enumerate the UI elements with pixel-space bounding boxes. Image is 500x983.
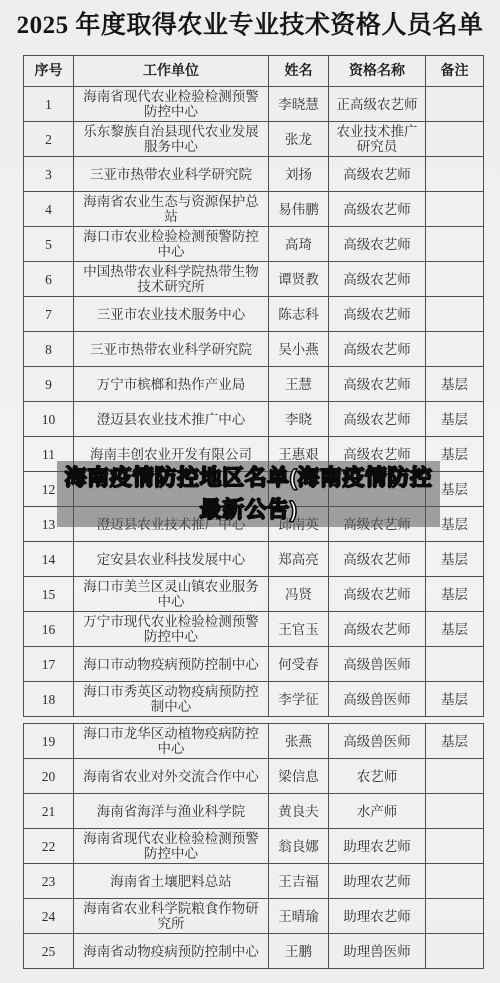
table-row: 10澄迈县农业技术推广中心李晓高级农艺师基层	[24, 402, 484, 437]
column-header: 资格名称	[329, 56, 426, 87]
cell-note	[426, 829, 484, 864]
cell-name: 王慧	[269, 367, 329, 402]
cell-name: 张燕	[269, 724, 329, 759]
table-row: 22海南省现代农业检验检测预警防控中心翁良娜助理农艺师	[24, 829, 484, 864]
table-row: 3三亚市热带农业科学研究院刘扬高级农艺师	[24, 157, 484, 192]
cell-work-unit: 定安县农业科技发展中心	[74, 542, 269, 577]
table-row: 2乐东黎族自治县现代农业发展服务中心张龙农业技术推广研究员	[24, 122, 484, 157]
cell-name: 张龙	[269, 122, 329, 157]
cell-note	[426, 864, 484, 899]
cell-note	[426, 647, 484, 682]
cell-work-unit: 海南省现代农业检验检测预警防控中心	[74, 829, 269, 864]
cell-note	[426, 157, 484, 192]
cell-qualification: 助理农艺师	[329, 864, 426, 899]
cell-index: 8	[24, 332, 74, 367]
cell-index: 18	[24, 682, 74, 717]
cell-index: 7	[24, 297, 74, 332]
cell-work-unit: 乐东黎族自治县现代农业发展服务中心	[74, 122, 269, 157]
cell-index: 9	[24, 367, 74, 402]
table-row: 17海口市动物疫病预防控制中心何受春高级兽医师	[24, 647, 484, 682]
cell-note	[426, 122, 484, 157]
cell-index: 15	[24, 577, 74, 612]
cell-qualification: 高级农艺师	[329, 192, 426, 227]
table-row: 19海口市龙华区动植物疫病防控中心张燕高级兽医师基层	[24, 724, 484, 759]
cell-note: 基层	[426, 577, 484, 612]
page-title: 2025 年度取得农业专业技术资格人员名单	[0, 5, 500, 41]
cell-qualification: 高级农艺师	[329, 577, 426, 612]
cell-work-unit: 海南省农业对外交流合作中心	[74, 759, 269, 794]
cell-note: 基层	[426, 542, 484, 577]
watermark-text-line1: 海南疫情防控地区名单(海南疫情防控	[65, 462, 433, 494]
cell-qualification: 农业技术推广研究员	[329, 122, 426, 157]
table-row: 25海南省动物疫病预防控制中心王鹏助理兽医师	[24, 934, 484, 969]
table-row: 7三亚市农业技术服务中心陈志科高级农艺师	[24, 297, 484, 332]
cell-name: 翁良娜	[269, 829, 329, 864]
cell-index: 6	[24, 262, 74, 297]
cell-work-unit: 海口市动物疫病预防控制中心	[74, 647, 269, 682]
cell-index: 23	[24, 864, 74, 899]
cell-note: 基层	[426, 402, 484, 437]
cell-name: 李学征	[269, 682, 329, 717]
table-row: 23海南省土壤肥料总站王吉福助理农艺师	[24, 864, 484, 899]
cell-name: 王晴瑜	[269, 899, 329, 934]
cell-index: 14	[24, 542, 74, 577]
cell-qualification: 高级兽医师	[329, 647, 426, 682]
cell-name: 李晓	[269, 402, 329, 437]
header-row: 序号工作单位姓名资格名称备注	[24, 56, 484, 87]
cell-work-unit: 海南省农业科学院粮食作物研究所	[74, 899, 269, 934]
cell-name: 冯贤	[269, 577, 329, 612]
table-row: 4海南省农业生态与资源保护总站易伟鹏高级农艺师	[24, 192, 484, 227]
column-header: 工作单位	[74, 56, 269, 87]
qualification-table-upper: 序号工作单位姓名资格名称备注1海南省现代农业检验检测预警防控中心李晓慧正高级农艺…	[23, 55, 484, 717]
table-row: 18海口市秀英区动物疫病预防控制中心李学征高级兽医师基层	[24, 682, 484, 717]
cell-index: 21	[24, 794, 74, 829]
table-row: 20海南省农业对外交流合作中心梁信息农艺师	[24, 759, 484, 794]
cell-qualification: 高级农艺师	[329, 332, 426, 367]
cell-qualification: 助理农艺师	[329, 829, 426, 864]
cell-qualification: 高级农艺师	[329, 367, 426, 402]
cell-work-unit: 三亚市热带农业科学研究院	[74, 332, 269, 367]
cell-name: 黄良夫	[269, 794, 329, 829]
table-row: 5海口市农业检验检测预警防控中心高琦高级农艺师	[24, 227, 484, 262]
cell-work-unit: 三亚市农业技术服务中心	[74, 297, 269, 332]
cell-note: 基层	[426, 612, 484, 647]
cell-qualification: 高级农艺师	[329, 227, 426, 262]
cell-work-unit: 海口市秀英区动物疫病预防控制中心	[74, 682, 269, 717]
cell-qualification: 农艺师	[329, 759, 426, 794]
watermark-overlay: 海南疫情防控地区名单(海南疫情防控 最新公告)	[57, 461, 440, 527]
cell-work-unit: 万宁市槟榔和热作产业局	[74, 367, 269, 402]
cell-index: 1	[24, 87, 74, 122]
cell-note	[426, 262, 484, 297]
cell-work-unit: 海口市农业检验检测预警防控中心	[74, 227, 269, 262]
table-row: 15海口市美兰区灵山镇农业服务中心冯贤高级农艺师基层	[24, 577, 484, 612]
cell-name: 何受春	[269, 647, 329, 682]
document-page: 2025 年度取得农业专业技术资格人员名单 序号工作单位姓名资格名称备注1海南省…	[0, 0, 500, 983]
cell-note	[426, 227, 484, 262]
column-header: 备注	[426, 56, 484, 87]
cell-note	[426, 794, 484, 829]
cell-note	[426, 899, 484, 934]
cell-name: 吴小燕	[269, 332, 329, 367]
cell-qualification: 正高级农艺师	[329, 87, 426, 122]
cell-qualification: 高级农艺师	[329, 262, 426, 297]
cell-index: 16	[24, 612, 74, 647]
cell-work-unit: 海南省现代农业检验检测预警防控中心	[74, 87, 269, 122]
cell-qualification: 水产师	[329, 794, 426, 829]
cell-work-unit: 万宁市现代农业检验检测预警防控中心	[74, 612, 269, 647]
cell-qualification: 助理兽医师	[329, 934, 426, 969]
table-row: 24海南省农业科学院粮食作物研究所王晴瑜助理农艺师	[24, 899, 484, 934]
cell-index: 3	[24, 157, 74, 192]
cell-note	[426, 332, 484, 367]
cell-name: 王官玉	[269, 612, 329, 647]
cell-note	[426, 297, 484, 332]
cell-name: 刘扬	[269, 157, 329, 192]
table-row: 1海南省现代农业检验检测预警防控中心李晓慧正高级农艺师	[24, 87, 484, 122]
cell-name: 李晓慧	[269, 87, 329, 122]
cell-note	[426, 87, 484, 122]
cell-work-unit: 海南省土壤肥料总站	[74, 864, 269, 899]
cell-index: 25	[24, 934, 74, 969]
cell-qualification: 高级兽医师	[329, 682, 426, 717]
cell-qualification: 高级农艺师	[329, 297, 426, 332]
cell-work-unit: 海口市龙华区动植物疫病防控中心	[74, 724, 269, 759]
cell-qualification: 高级农艺师	[329, 542, 426, 577]
cell-work-unit: 海南省农业生态与资源保护总站	[74, 192, 269, 227]
cell-note: 基层	[426, 367, 484, 402]
cell-work-unit: 澄迈县农业技术推广中心	[74, 402, 269, 437]
cell-qualification: 助理农艺师	[329, 899, 426, 934]
cell-work-unit: 海南省动物疫病预防控制中心	[74, 934, 269, 969]
cell-name: 易伟鹏	[269, 192, 329, 227]
watermark-text-line2: 最新公告)	[200, 494, 298, 526]
qualification-table-lower: 19海口市龙华区动植物疫病防控中心张燕高级兽医师基层20海南省农业对外交流合作中…	[23, 723, 484, 969]
cell-name: 高琦	[269, 227, 329, 262]
cell-index: 22	[24, 829, 74, 864]
table-row: 16万宁市现代农业检验检测预警防控中心王官玉高级农艺师基层	[24, 612, 484, 647]
cell-work-unit: 海南省海洋与渔业科学院	[74, 794, 269, 829]
cell-note	[426, 934, 484, 969]
cell-qualification: 高级兽医师	[329, 724, 426, 759]
cell-index: 24	[24, 899, 74, 934]
table-row: 8三亚市热带农业科学研究院吴小燕高级农艺师	[24, 332, 484, 367]
cell-qualification: 高级农艺师	[329, 402, 426, 437]
table-row: 6中国热带农业科学院热带生物技术研究所谭贤教高级农艺师	[24, 262, 484, 297]
cell-note	[426, 759, 484, 794]
cell-note: 基层	[426, 682, 484, 717]
table-row: 14定安县农业科技发展中心郑高亮高级农艺师基层	[24, 542, 484, 577]
cell-work-unit: 三亚市热带农业科学研究院	[74, 157, 269, 192]
cell-index: 17	[24, 647, 74, 682]
cell-note: 基层	[426, 724, 484, 759]
column-header: 姓名	[269, 56, 329, 87]
cell-index: 4	[24, 192, 74, 227]
cell-name: 郑高亮	[269, 542, 329, 577]
cell-name: 谭贤教	[269, 262, 329, 297]
table-row: 9万宁市槟榔和热作产业局王慧高级农艺师基层	[24, 367, 484, 402]
table-row: 21海南省海洋与渔业科学院黄良夫水产师	[24, 794, 484, 829]
cell-work-unit: 中国热带农业科学院热带生物技术研究所	[74, 262, 269, 297]
cell-name: 陈志科	[269, 297, 329, 332]
cell-index: 20	[24, 759, 74, 794]
cell-index: 19	[24, 724, 74, 759]
cell-index: 2	[24, 122, 74, 157]
cell-note	[426, 192, 484, 227]
cell-name: 王鹏	[269, 934, 329, 969]
column-header: 序号	[24, 56, 74, 87]
cell-index: 5	[24, 227, 74, 262]
cell-name: 梁信息	[269, 759, 329, 794]
cell-index: 10	[24, 402, 74, 437]
cell-name: 王吉福	[269, 864, 329, 899]
cell-qualification: 高级农艺师	[329, 612, 426, 647]
cell-qualification: 高级农艺师	[329, 157, 426, 192]
cell-work-unit: 海口市美兰区灵山镇农业服务中心	[74, 577, 269, 612]
